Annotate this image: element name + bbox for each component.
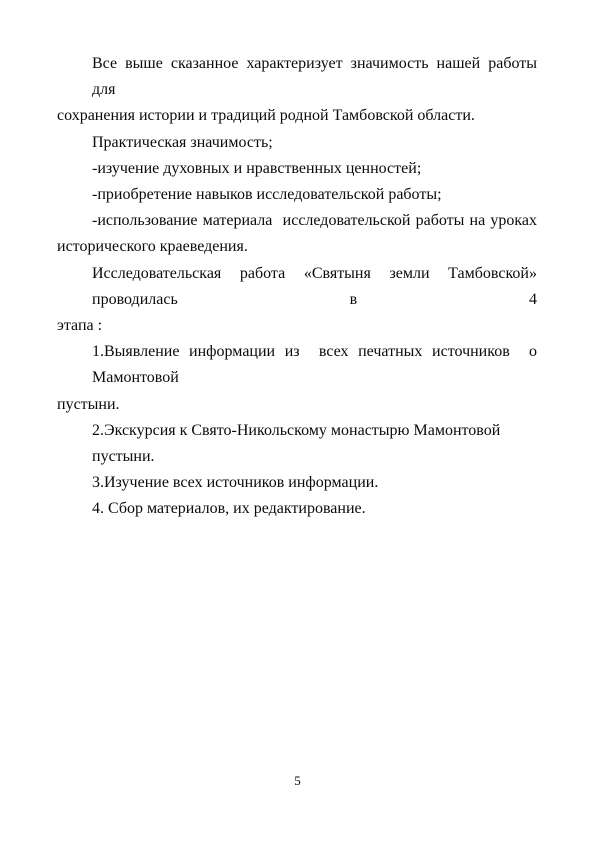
text-line: 2.Экскурсия к Свято-Никольскому монастыр… — [57, 418, 537, 470]
text-line: Все выше сказанное характеризует значимо… — [57, 51, 537, 103]
text-line: Практическая значимость; — [57, 130, 537, 156]
text-line: исторического краеведения. — [57, 234, 537, 260]
document-page: Все выше сказанное характеризует значимо… — [0, 0, 595, 842]
text-line: 1.Выявление информации из всех печатных … — [57, 339, 537, 391]
text-line: -изучение духовных и нравственных ценнос… — [57, 156, 537, 182]
page-content: Все выше сказанное характеризует значимо… — [57, 51, 537, 523]
text-line: пустыни. — [57, 392, 537, 418]
text-line: Исследовательская работа «Святыня земли … — [57, 261, 537, 313]
text-line: 4. Сбор материалов, их редактирование. — [57, 496, 537, 522]
text-line: сохранения истории и традиций родной Там… — [57, 103, 537, 129]
page-number: 5 — [0, 773, 595, 789]
text-line: -использование материала исследовательск… — [57, 208, 537, 234]
text-line: этапа : — [57, 313, 537, 339]
text-line: 3.Изучение всех источников информации. — [57, 470, 537, 496]
text-line: -приобретение навыков исследовательской … — [57, 182, 537, 208]
